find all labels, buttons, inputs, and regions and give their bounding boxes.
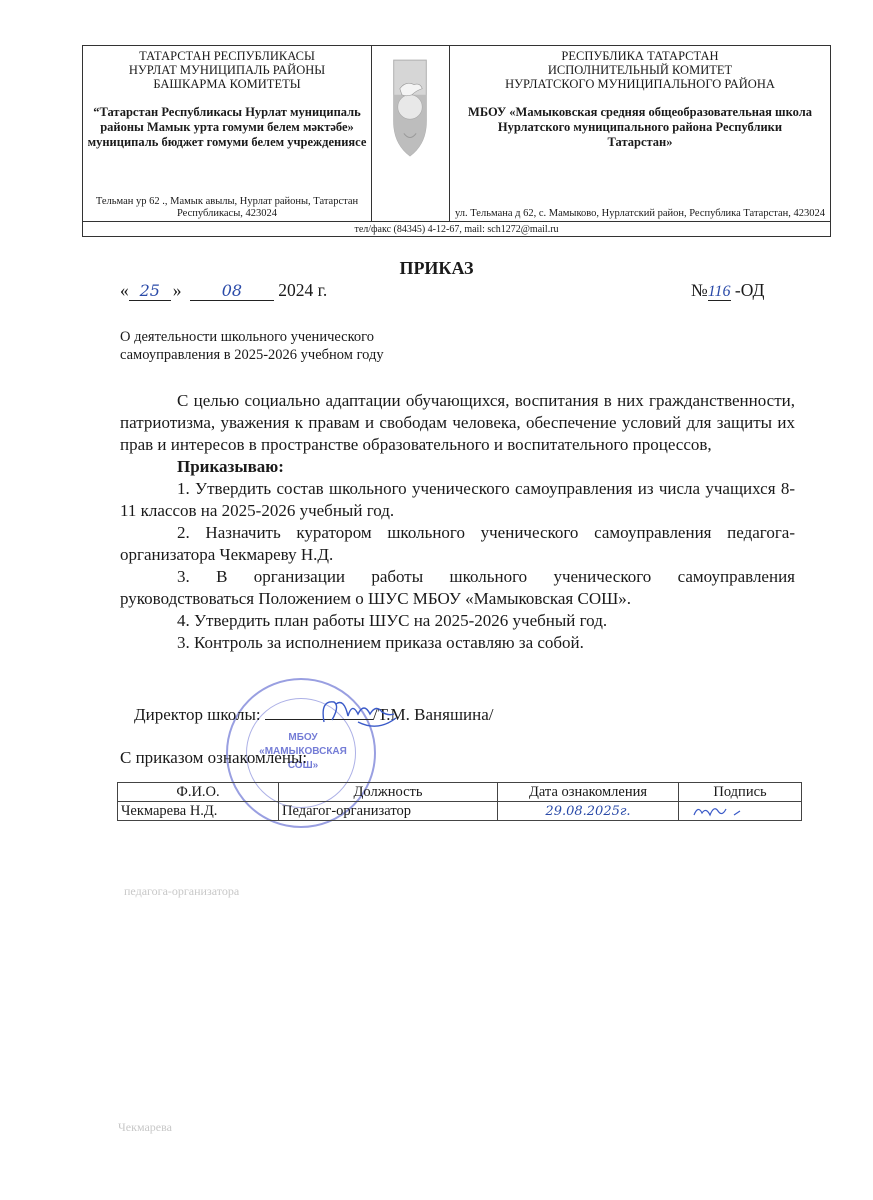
handwritten-initials-icon xyxy=(692,803,752,819)
table-header-row: Ф.И.О. Должность Дата ознакомления Подпи… xyxy=(118,783,802,802)
bleed-through-text: педагога-организатора xyxy=(124,884,239,899)
date-open-quote: « xyxy=(120,280,129,300)
russian-address: ул. Тельмана д 62, с. Мамыково, Нурлатск… xyxy=(450,208,830,220)
column-header-position: Должность xyxy=(279,783,498,802)
letterhead-russian: РЕСПУБЛИКА ТАТАРСТАН ИСПОЛНИТЕЛЬНЫЙ КОМИ… xyxy=(450,46,830,221)
order-item-5: 3. Контроль за исполнением приказа остав… xyxy=(120,632,795,654)
order-date: «25» 08 2024 г. xyxy=(120,280,327,301)
cell-signature xyxy=(679,802,802,821)
column-header-date: Дата ознакомления xyxy=(498,783,679,802)
russian-caps-line: РЕСПУБЛИКА ТАТАРСТАН xyxy=(450,49,830,63)
order-item-3: 3. В организации работы школьного ученич… xyxy=(120,566,795,610)
russian-authority: РЕСПУБЛИКА ТАТАРСТАН ИСПОЛНИТЕЛЬНЫЙ КОМИ… xyxy=(450,49,830,91)
subject-line: самоуправления в 2025-2026 учебном году xyxy=(120,346,384,364)
date-year: 2024 г. xyxy=(278,280,327,300)
coat-of-arms-icon xyxy=(390,54,430,164)
contacts-line: тел/факс (84345) 4-12-67, mail: sch1272@… xyxy=(83,221,830,237)
date-month: 08 xyxy=(190,281,274,301)
order-number: №116 -ОД xyxy=(691,280,764,301)
signature-role: Директор школы: xyxy=(134,705,261,724)
acknowledgement-label: С приказом ознакомлены: xyxy=(120,748,307,768)
acknowledgement-table: Ф.И.О. Должность Дата ознакомления Подпи… xyxy=(117,782,802,821)
column-header-signature: Подпись xyxy=(679,783,802,802)
russian-school-name: МБОУ «Мамыковская средняя общеобразовате… xyxy=(450,105,830,150)
subject-line: О деятельности школьного ученического xyxy=(120,328,384,346)
tatar-caps-line: БАШКАРМА КОМИТЕТЫ xyxy=(83,77,371,91)
cell-name: Чекмарева Н.Д. xyxy=(118,802,279,821)
bleed-through-text: Чекмарева xyxy=(118,1120,172,1135)
order-subject: О деятельности школьного ученического са… xyxy=(120,328,384,364)
russian-caps-line: ИСПОЛНИТЕЛЬНЫЙ КОМИТЕТ xyxy=(450,63,830,77)
tatar-caps-line: ТАТАРСТАН РЕСПУБЛИКАСЫ xyxy=(83,49,371,63)
order-item-2: 2. Назначить куратором школьного учениче… xyxy=(120,522,795,566)
russian-caps-line: НУРЛАТСКОГО МУНИЦИПАЛЬНОГО РАЙОНА xyxy=(450,77,830,91)
tatar-authority: ТАТАРСТАН РЕСПУБЛИКАСЫ НУРЛАТ МУНИЦИПАЛЬ… xyxy=(83,49,371,91)
director-signature-line: Директор школы: /Т.М. Ваняшина/ xyxy=(134,705,494,725)
letterhead-tatar: ТАТАРСТАН РЕСПУБЛИКАСЫ НУРЛАТ МУНИЦИПАЛЬ… xyxy=(83,46,372,221)
order-body: С целью социально адаптации обучающихся,… xyxy=(120,390,795,654)
tatar-address: Тельман ур 62 ., Мамык авылы, Нурлат рай… xyxy=(83,196,371,220)
order-item-1: 1. Утвердить состав школьного ученическо… xyxy=(120,478,795,522)
tatar-school-name: “Татарстан Республикасы Нурлат муниципал… xyxy=(83,105,371,150)
tatar-caps-line: НУРЛАТ МУНИЦИПАЛЬ РАЙОНЫ xyxy=(83,63,371,77)
number-sign: № xyxy=(691,280,708,300)
column-header-name: Ф.И.О. xyxy=(118,783,279,802)
cell-position: Педагог-организатор xyxy=(279,802,498,821)
cell-date: 29.08.2025г. xyxy=(498,802,679,821)
table-row: Чекмарева Н.Д. Педагог-организатор 29.08… xyxy=(118,802,802,821)
order-number-suffix: -ОД xyxy=(735,280,765,300)
order-item-4: 4. Утвердить план работы ШУС на 2025-202… xyxy=(120,610,795,632)
document-title: ПРИКАЗ xyxy=(0,258,873,279)
letterhead: ТАТАРСТАН РЕСПУБЛИКАСЫ НУРЛАТ МУНИЦИПАЛЬ… xyxy=(82,45,831,237)
date-day: 25 xyxy=(129,281,171,301)
emblem-cell xyxy=(372,46,450,221)
order-number-value: 116 xyxy=(708,283,731,301)
preamble: С целью социально адаптации обучающихся,… xyxy=(120,390,795,456)
handwritten-signature-icon xyxy=(318,692,398,734)
order-word: Приказываю: xyxy=(120,456,795,478)
date-close-quote: » xyxy=(173,280,182,300)
